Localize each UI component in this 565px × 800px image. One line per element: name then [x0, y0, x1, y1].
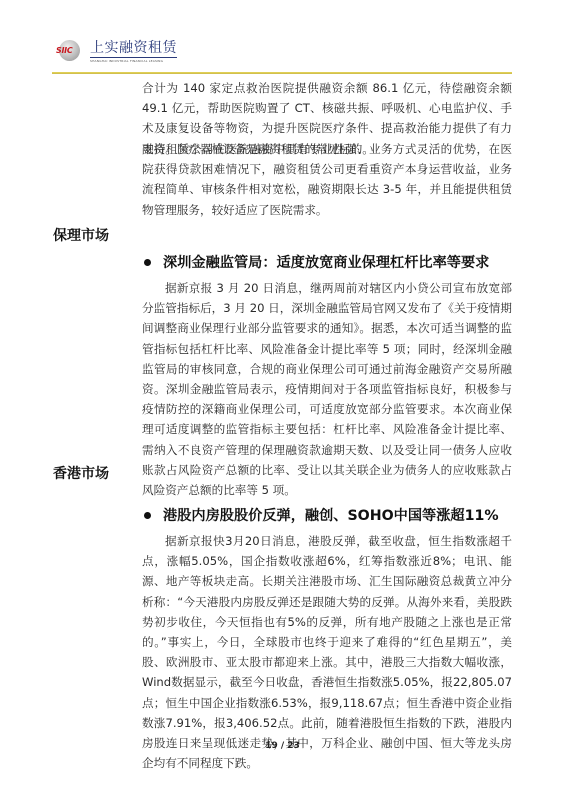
logo-mark-text: SIIC — [56, 46, 72, 55]
bullet-icon — [144, 259, 151, 266]
header-divider — [52, 72, 512, 74]
section-title-hongkong: 香港市场 — [53, 463, 109, 483]
news-heading-factoring: 深圳金融监管局：适度放宽商业保理杠杆比率等要求 — [144, 252, 489, 272]
news-body-hongkong: 据新京报快3月20日消息，港股反弹，截至收盘，恒生指数涨超千点，涨幅5.05%，… — [142, 531, 512, 773]
company-logo: SIIC 上实融资租赁 SHANGHAI INDUSTRIAL FINANCIA… — [56, 40, 177, 64]
logo-subtitle: SHANGHAI INDUSTRIAL FINANCIAL LEASING — [90, 59, 177, 63]
page-number: 19 / 23 — [0, 741, 565, 751]
news-heading-hongkong: 港股内房股股价反弹，融创、SOHO中国等涨超11% — [144, 505, 499, 525]
section-title-factoring: 保理市场 — [53, 225, 109, 245]
news-body-factoring: 据新京报 3 月 20 日消息，继两周前对辖区内小贷公司宣布放宽部分监管指标后，… — [142, 278, 512, 500]
intro-paragraph-2: 融资租赁公司在医院融资中具有专业性强、业务方式灵活的优势，在医院获得贷款困难情况… — [142, 139, 512, 220]
logo-emblem-icon: SIIC — [56, 40, 86, 62]
bullet-icon — [144, 512, 151, 519]
news-heading-text: 港股内房股股价反弹，融创、SOHO中国等涨超11% — [163, 505, 499, 525]
logo-company-name: 上实融资租赁 — [90, 40, 177, 58]
logo-text: 上实融资租赁 SHANGHAI INDUSTRIAL FINANCIAL LEA… — [90, 40, 177, 63]
news-heading-text: 深圳金融监管局：适度放宽商业保理杠杆比率等要求 — [163, 252, 489, 272]
